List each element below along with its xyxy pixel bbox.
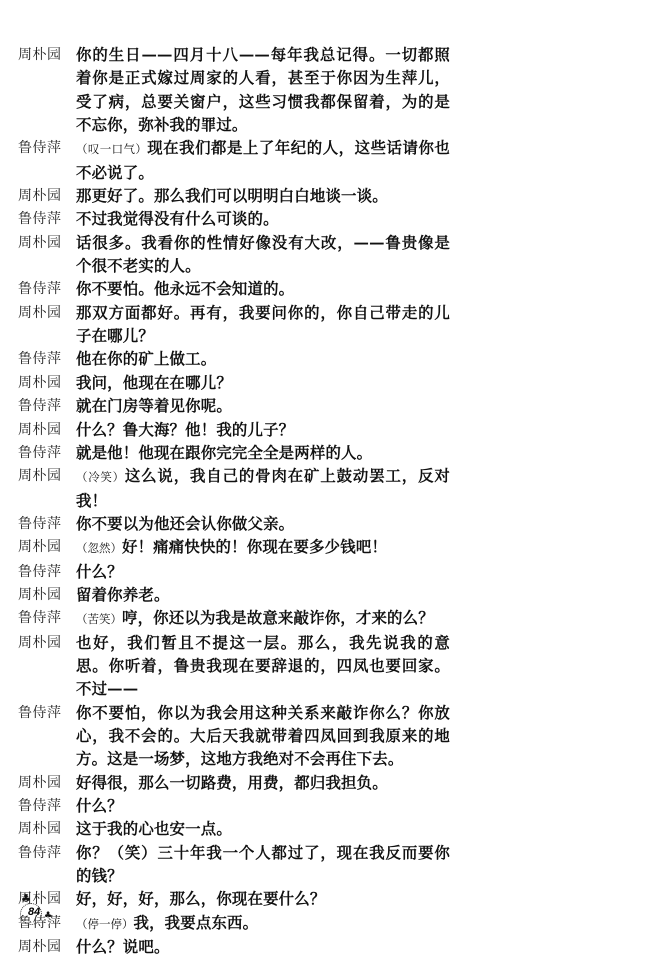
speaker-name: 鲁侍萍	[18, 137, 76, 160]
speaker-name: 周朴园	[18, 185, 76, 208]
dialogue-line: （叹一口气）现在我们都是上了年纪的人，这些话请你也不必说了。	[76, 137, 450, 185]
speaker-name: 周朴园	[18, 372, 76, 395]
stage-direction: （苦笑）	[76, 612, 122, 626]
page-number-ornament: ♣ 84 ♣	[14, 893, 54, 929]
dialogue-line: （忽然）好！痛痛快快的！你现在要多少钱吧！	[76, 536, 450, 560]
speaker-name: 周朴园	[18, 536, 76, 559]
dialogue-entry: 周朴园 这于我的心也安一点。	[0, 818, 650, 841]
dialogue-entry: 鲁侍萍 （叹一口气）现在我们都是上了年纪的人，这些话请你也不必说了。	[0, 137, 650, 185]
speaker-name: 鲁侍萍	[18, 702, 76, 725]
speaker-name: 鲁侍萍	[18, 348, 76, 371]
speaker-name: 周朴园	[18, 232, 76, 255]
dialogue-text: 什么？	[76, 561, 450, 584]
dialogue-text: 我问，他现在在哪儿？	[76, 372, 450, 395]
speaker-name: 鲁侍萍	[18, 513, 76, 536]
dialogue-text: 留着你养老。	[76, 584, 450, 607]
speaker-name: 周朴园	[18, 584, 76, 607]
dialogue-text: 什么？鲁大海？他！我的儿子？	[76, 419, 450, 442]
dialogue-entry: 鲁侍萍 你不要怕，你以为我会用这种关系来敲诈你么？你放心，我不会的。大后天我就带…	[0, 702, 650, 772]
speaker-name: 周朴园	[18, 772, 76, 795]
dialogue-text: 这于我的心也安一点。	[76, 818, 450, 841]
dialogue-entry: 鲁侍萍 就在门房等着见你呢。	[0, 395, 650, 418]
dialogue-text: 你？（笑）三十年我一个人都过了，现在我反而要你的钱？	[76, 842, 450, 889]
dialogue-entry: 鲁侍萍 他在你的矿上做工。	[0, 348, 650, 371]
dialogue-text: 你的生日——四月十八——每年我总记得。一切都照着你是正式嫁过周家的人看，甚至于你…	[76, 44, 450, 137]
dialogue-text: 我，我要点东西。	[134, 914, 259, 932]
stage-direction: （忽然）	[76, 541, 122, 555]
dialogue-text: 那双方面都好。再有，我要问你的，你自己带走的儿子在哪儿？	[76, 302, 450, 349]
speaker-name: 鲁侍萍	[18, 208, 76, 231]
dialogue-entry: 鲁侍萍 什么？	[0, 561, 650, 584]
speaker-name: 周朴园	[18, 465, 76, 488]
dialogue-text: 什么？说吧。	[76, 936, 450, 959]
dialogue-entry: 周朴园 话很多。我看你的性情好像没有大改，——鲁贵像是个很不老实的人。	[0, 232, 650, 279]
dialogue-entry: 鲁侍萍 你不要怕。他永远不会知道的。	[0, 278, 650, 301]
stage-direction: （冷笑）	[76, 470, 125, 484]
dialogue-text: 那更好了。那么我们可以明明白白地谈一谈。	[76, 185, 450, 208]
page-number: 84	[28, 906, 40, 918]
speaker-name: 鲁侍萍	[18, 607, 76, 630]
dialogue-text: 这么说，我自己的骨肉在矿上鼓动罢工，反对我！	[76, 467, 450, 509]
dialogue-entry: 鲁侍萍 你不要以为他还会认你做父亲。	[0, 513, 650, 536]
dialogue-line: （冷笑）这么说，我自己的骨肉在矿上鼓动罢工，反对我！	[76, 465, 450, 513]
dialogue-text: 好，好，好，那么，你现在要什么？	[76, 888, 450, 911]
dialogue-entry: 周朴园 什么？说吧。	[0, 936, 650, 959]
dialogue-text: 就在门房等着见你呢。	[76, 395, 450, 418]
dialogue-text: 你不要怕。他永远不会知道的。	[76, 278, 450, 301]
dialogue-entry: 周朴园 留着你养老。	[0, 584, 650, 607]
speaker-name: 鲁侍萍	[18, 561, 76, 584]
dialogue-entry: 周朴园 那更好了。那么我们可以明明白白地谈一谈。	[0, 185, 650, 208]
dialogue-text: 好！痛痛快快的！你现在要多少钱吧！	[122, 538, 387, 556]
speaker-name: 鲁侍萍	[18, 795, 76, 818]
dialogue-text: 你不要怕，你以为我会用这种关系来敲诈你么？你放心，我不会的。大后天我就带着四凤回…	[76, 702, 450, 772]
dialogue-text: 哼，你还以为我是故意来敲诈你，才来的么？	[122, 609, 434, 627]
club-ornament-icon: ♣	[44, 912, 52, 921]
stage-direction: （停一停）	[76, 917, 134, 931]
dialogue-entry: 鲁侍萍 就是他！他现在跟你完完全全是两样的人。	[0, 442, 650, 465]
dialogue-entry: 鲁侍萍 你？（笑）三十年我一个人都过了，现在我反而要你的钱？	[0, 842, 650, 889]
dialogue-entry: 周朴园 那双方面都好。再有，我要问你的，你自己带走的儿子在哪儿？	[0, 302, 650, 349]
dialogue-entry: 周朴园 （忽然）好！痛痛快快的！你现在要多少钱吧！	[0, 536, 650, 560]
dialogue-line: （苦笑）哼，你还以为我是故意来敲诈你，才来的么？	[76, 607, 450, 631]
dialogue-text: 好得很，那么一切路费，用费，都归我担负。	[76, 772, 450, 795]
dialogue-text: 话很多。我看你的性情好像没有大改，——鲁贵像是个很不老实的人。	[76, 232, 450, 279]
dialogue-text: 也好，我们暂且不提这一层。那么，我先说我的意思。你听着，鲁贵我现在要辞退的，四凤…	[76, 632, 450, 702]
dialogue-entry: 周朴园 我问，他现在在哪儿？	[0, 372, 650, 395]
dialogue-text: 你不要以为他还会认你做父亲。	[76, 513, 450, 536]
dialogue-text: 就是他！他现在跟你完完全全是两样的人。	[76, 442, 450, 465]
dialogue-entry: 鲁侍萍 不过我觉得没有什么可谈的。	[0, 208, 650, 231]
speaker-name: 鲁侍萍	[18, 395, 76, 418]
dialogue-entry: 鲁侍萍 （苦笑）哼，你还以为我是故意来敲诈你，才来的么？	[0, 607, 650, 631]
dialogue-line: （停一停）我，我要点东西。	[76, 912, 450, 936]
speaker-name: 周朴园	[18, 302, 76, 325]
speaker-name: 周朴园	[18, 818, 76, 841]
script-page: 周朴园 你的生日——四月十八——每年我总记得。一切都照着你是正式嫁过周家的人看，…	[0, 44, 650, 959]
speaker-name: 鲁侍萍	[18, 278, 76, 301]
dialogue-entry: 周朴园 什么？鲁大海？他！我的儿子？	[0, 419, 650, 442]
dialogue-entry: 周朴园 好得很，那么一切路费，用费，都归我担负。	[0, 772, 650, 795]
dialogue-text: 不过我觉得没有什么可谈的。	[76, 208, 450, 231]
speaker-name: 周朴园	[18, 44, 76, 67]
stage-direction: （叹一口气）	[76, 142, 147, 156]
speaker-name: 周朴园	[18, 936, 76, 959]
dialogue-entry: 鲁侍萍 什么？	[0, 795, 650, 818]
speaker-name: 周朴园	[18, 419, 76, 442]
dialogue-entry: 周朴园 好，好，好，那么，你现在要什么？	[0, 888, 650, 911]
speaker-name: 周朴园	[18, 632, 76, 655]
speaker-name: 鲁侍萍	[18, 442, 76, 465]
dialogue-entry: 周朴园 也好，我们暂且不提这一层。那么，我先说我的意思。你听着，鲁贵我现在要辞退…	[0, 632, 650, 702]
dialogue-entry: 鲁侍萍 （停一停）我，我要点东西。	[0, 912, 650, 936]
dialogue-text: 他在你的矿上做工。	[76, 348, 450, 371]
dialogue-entry: 周朴园 （冷笑）这么说，我自己的骨肉在矿上鼓动罢工，反对我！	[0, 465, 650, 513]
speaker-name: 鲁侍萍	[18, 842, 76, 865]
dialogue-entry: 周朴园 你的生日——四月十八——每年我总记得。一切都照着你是正式嫁过周家的人看，…	[0, 44, 650, 137]
dialogue-text: 什么？	[76, 795, 450, 818]
